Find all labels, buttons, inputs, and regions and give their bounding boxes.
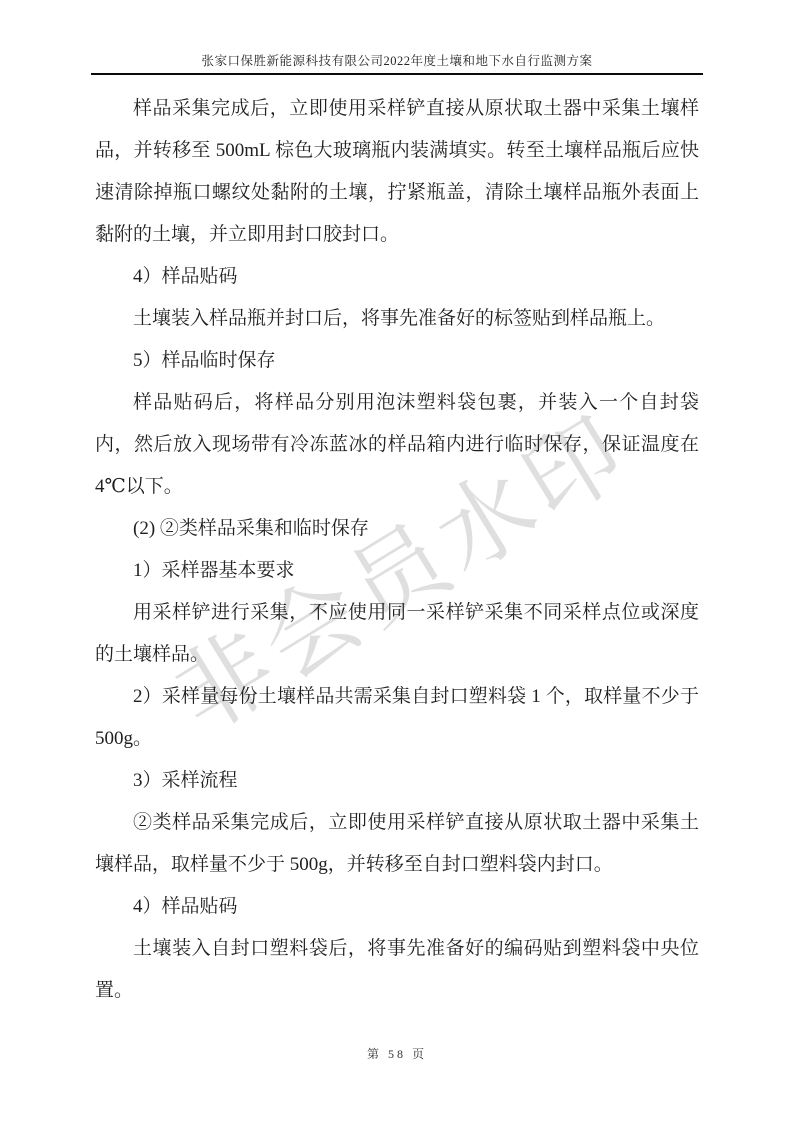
paragraph: 2）采样量每份土壤样品共需采集自封口塑料袋 1 个，取样量不少于 500g。 <box>95 676 699 760</box>
document-page: 非会员水印 张家口保胜新能源科技有限公司2022年度土壤和地下水自行监测方案 样… <box>0 0 794 1123</box>
header-title: 张家口保胜新能源科技有限公司2022年度土壤和地下水自行监测方案 <box>201 54 592 68</box>
paragraph: 4）样品贴码 <box>95 256 699 298</box>
page-number: 第 58 页 <box>367 1047 427 1061</box>
paragraph: 1）采样器基本要求 <box>95 550 699 592</box>
paragraph: 土壤装入样品瓶并封口后，将事先准备好的标签贴到样品瓶上。 <box>95 298 699 340</box>
paragraph: 5）样品临时保存 <box>95 340 699 382</box>
document-body: 样品采集完成后，立即使用采样铲直接从原状取土器中采集土壤样品，并转移至 500m… <box>95 88 699 1012</box>
paragraph: (2) ②类样品采集和临时保存 <box>95 508 699 550</box>
paragraph: ②类样品采集完成后，立即使用采样铲直接从原状取土器中采集土壤样品，取样量不少于 … <box>95 802 699 886</box>
page-footer: 第 58 页 <box>0 1045 794 1062</box>
paragraph: 3）采样流程 <box>95 760 699 802</box>
paragraph: 样品贴码后，将样品分别用泡沫塑料袋包裹，并装入一个自封袋内，然后放入现场带有冷冻… <box>95 382 699 508</box>
paragraph: 土壤装入自封口塑料袋后，将事先准备好的编码贴到塑料袋中央位置。 <box>95 928 699 1012</box>
paragraph: 用采样铲进行采集，不应使用同一采样铲采集不同采样点位或深度的土壤样品。 <box>95 592 699 676</box>
paragraph: 样品采集完成后，立即使用采样铲直接从原状取土器中采集土壤样品，并转移至 500m… <box>95 88 699 256</box>
paragraph: 4）样品贴码 <box>95 886 699 928</box>
page-header: 张家口保胜新能源科技有限公司2022年度土壤和地下水自行监测方案 <box>91 0 703 75</box>
